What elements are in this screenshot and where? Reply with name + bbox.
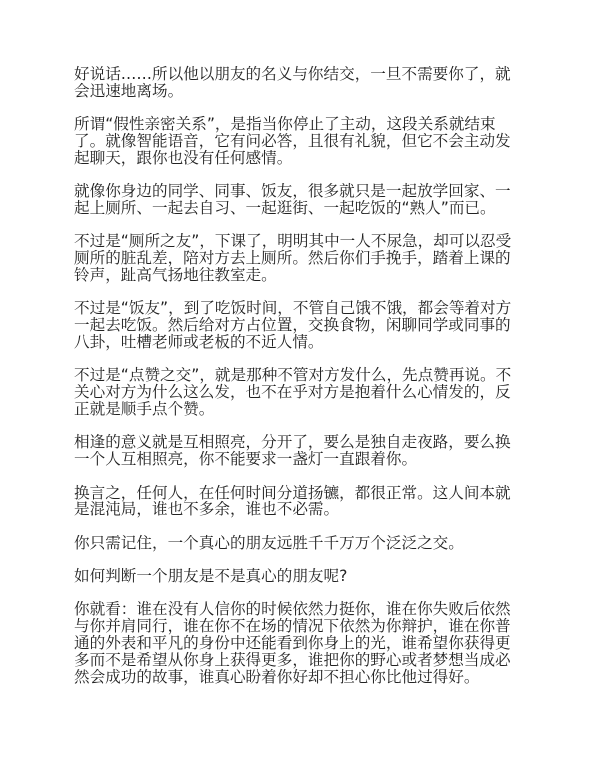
paragraph-5: 不过是“饭友”，到了吃饭时间，不管自己饿不饿，都会等着对方一起去吃饭。然后给对方… [74,300,524,350]
paragraph-7: 相逢的意义就是互相照亮，分开了，要么是独自走夜路，要么换一个人互相照亮，你不能要… [74,434,524,468]
document-page: 好说话……所以他以朋友的名义与你结交，一旦不需要你了，就会迅速地离场。 所谓“假… [74,66,524,702]
paragraph-10-question: 如何判断一个朋友是不是真心的朋友呢? [74,568,524,585]
paragraph-1: 好说话……所以他以朋友的名义与你结交，一旦不需要你了，就会迅速地离场。 [74,66,524,100]
paragraph-4: 不过是“厕所之友”，下课了，明明其中一人不尿急，却可以忍受厕所的脏乱差，陪对方去… [74,233,524,283]
paragraph-6: 不过是“点赞之交”，就是那种不管对方发什么，先点赞再说。不关心对方为什么这么发，… [74,367,524,417]
paragraph-8: 换言之，任何人，在任何时间分道扬镳，都很正常。这人间本就是混沌局，谁也不多余，谁… [74,485,524,519]
paragraph-11: 你就看：谁在没有人信你的时候依然力挺你，谁在你失败后依然与你并肩同行，谁在你不在… [74,601,524,685]
paragraph-9: 你只需记住，一个真心的朋友远胜千千万万个泛泛之交。 [74,535,524,552]
paragraph-3: 就像你身边的同学、同事、饭友，很多就只是一起放学回家、一起上厕所、一起去自习、一… [74,183,524,217]
paragraph-2: 所谓“假性亲密关系”，是指当你停止了主动，这段关系就结束了。就像智能语音，它有问… [74,116,524,166]
